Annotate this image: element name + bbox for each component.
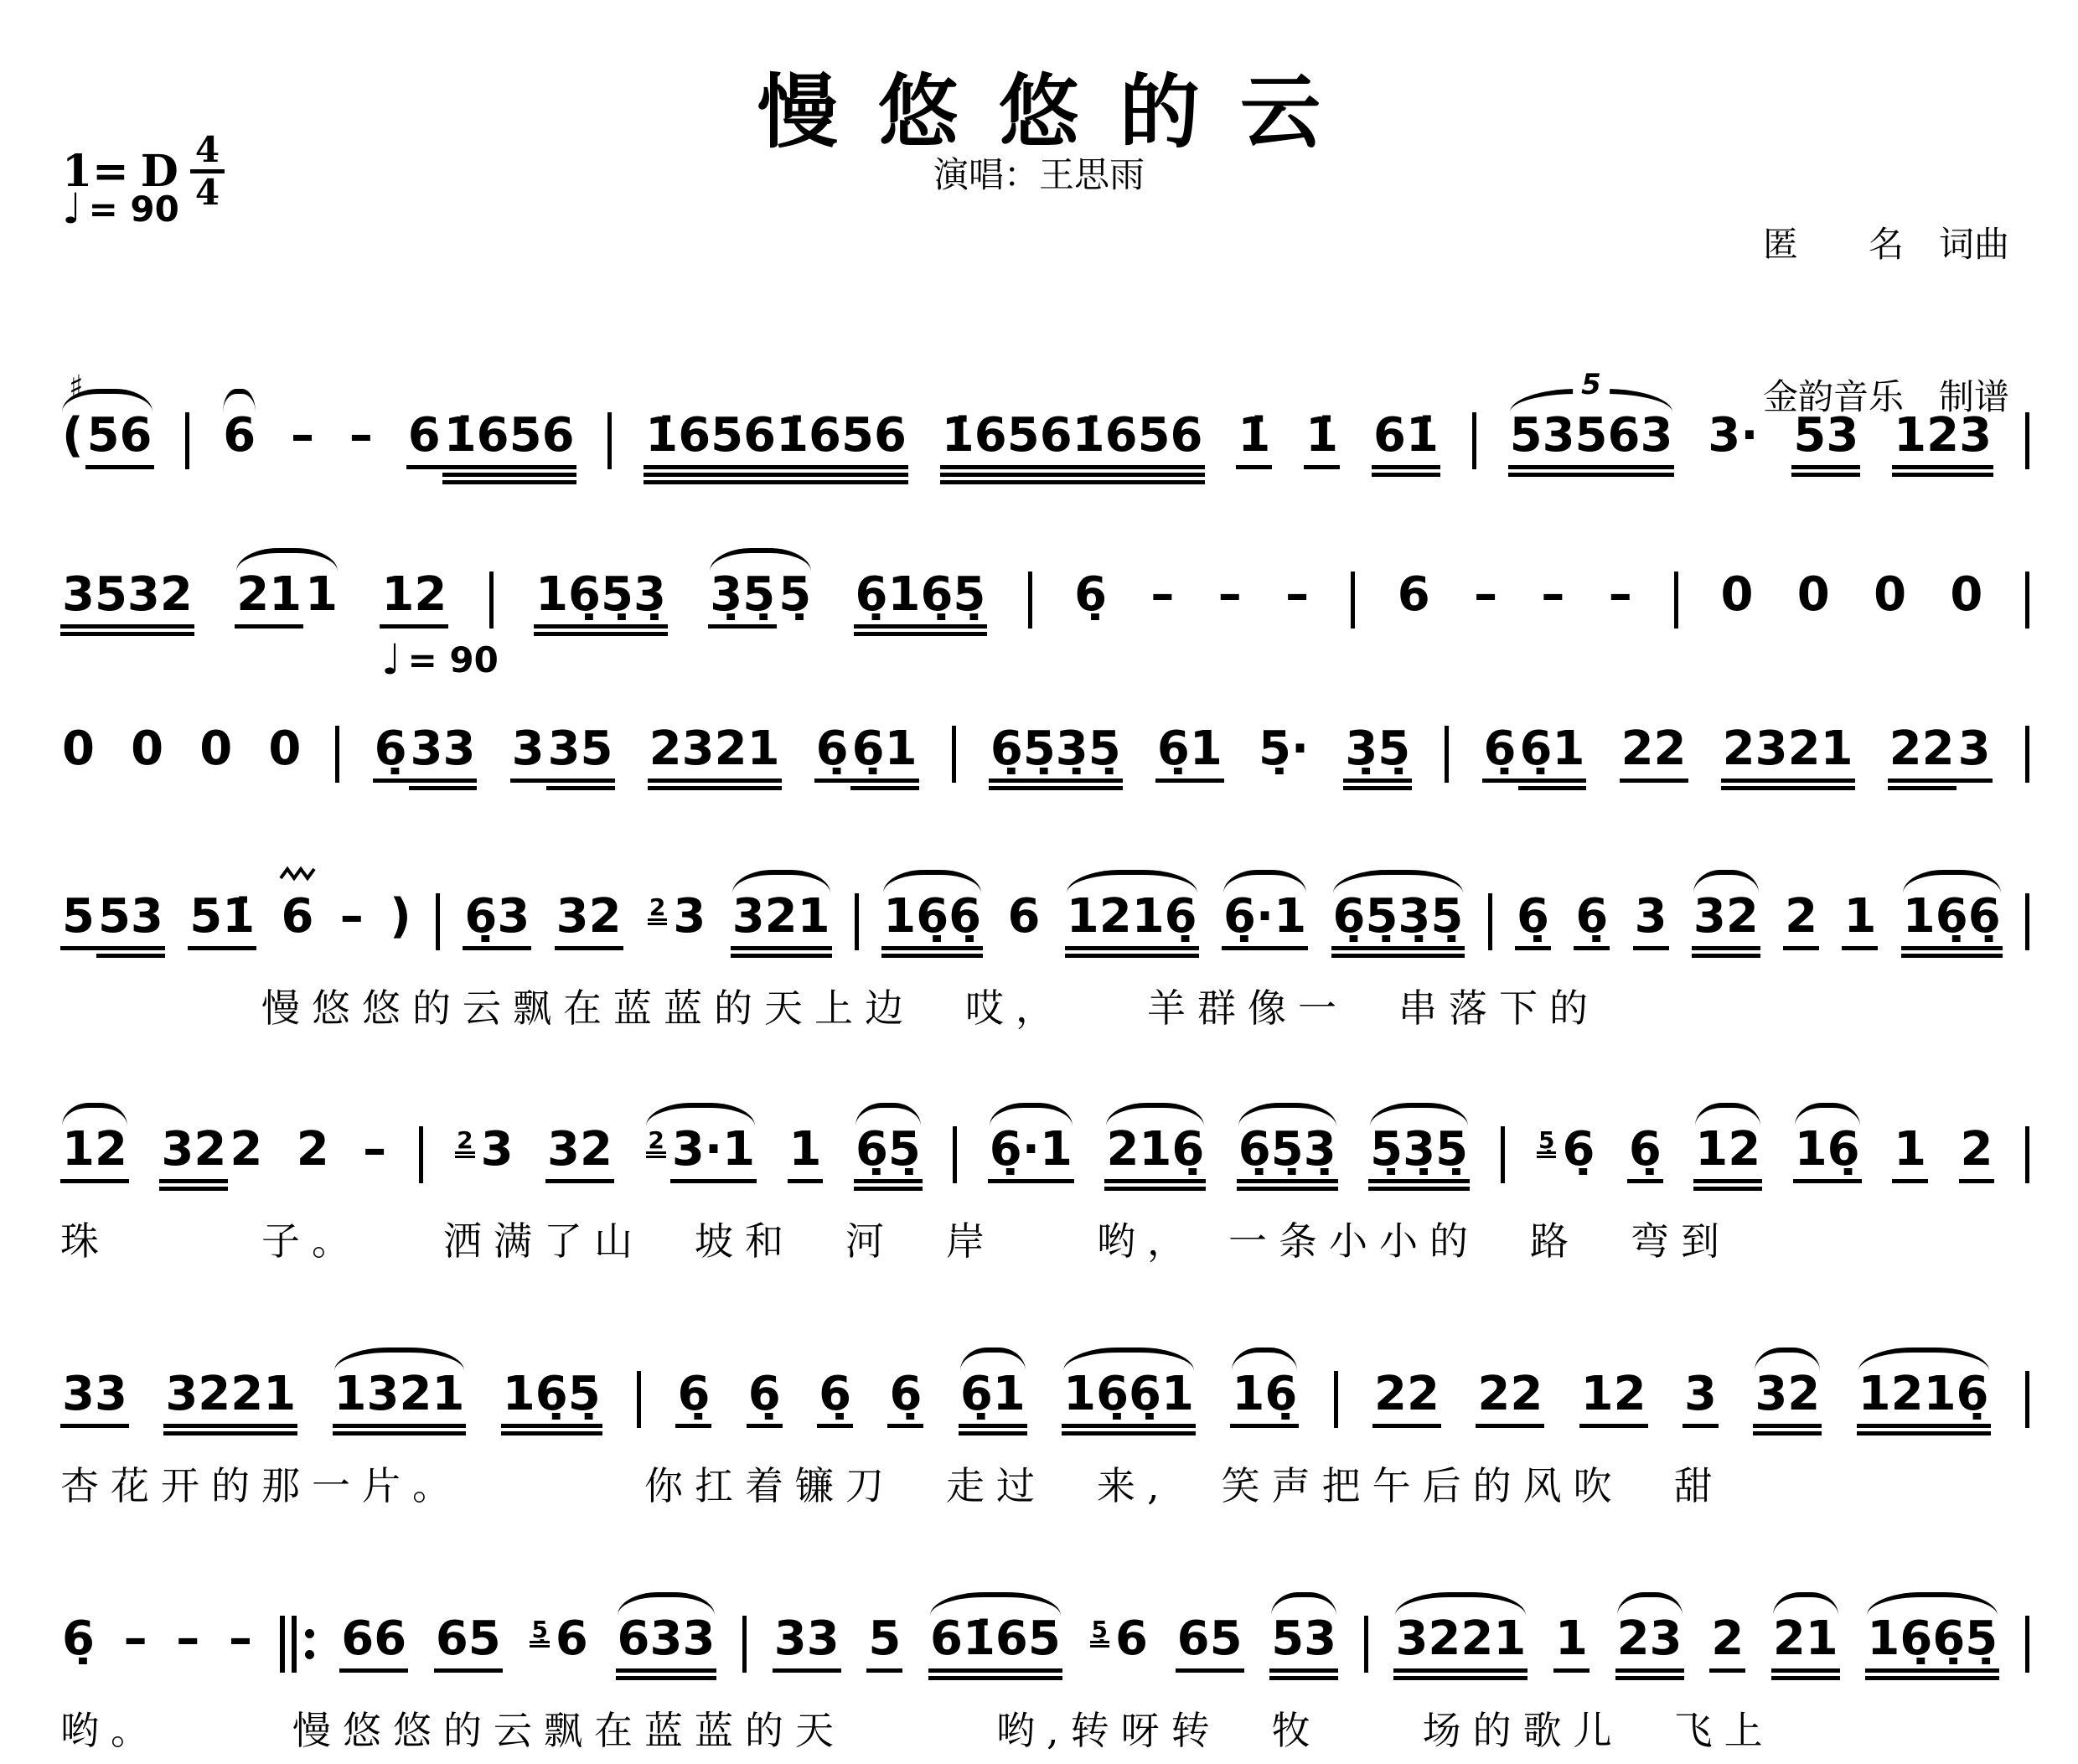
note-group: 16̣6̣1 <box>1062 1369 1196 1436</box>
meter-denominator: 4 <box>195 173 220 210</box>
note-token: 2321 <box>648 724 782 790</box>
note-token: ♯(56 <box>60 411 154 469</box>
note-group: 0 <box>266 724 302 779</box>
note-group: 3·1 <box>670 1125 757 1183</box>
note-group: 32 <box>545 1125 614 1183</box>
note-token: 6̣ <box>1515 892 1551 950</box>
note-group: 633 <box>616 1614 717 1680</box>
note-token: – <box>1149 570 1176 625</box>
note-group: ( <box>60 411 85 466</box>
barline <box>280 1616 285 1673</box>
barline <box>855 893 859 950</box>
note-token: – <box>122 1614 149 1669</box>
note-group: 2 <box>453 1125 478 1182</box>
note-token: 6̣6̣1 <box>814 724 919 790</box>
note-token: 3221 <box>1393 1614 1527 1680</box>
barline <box>1028 572 1032 629</box>
note-group: 0 <box>198 724 234 779</box>
note-group: 1̇ <box>1236 411 1272 469</box>
note-token: 321 <box>731 892 832 958</box>
note-token: 5̣6 <box>1088 1614 1150 1671</box>
note-group: 6̣ <box>1574 892 1610 950</box>
note-token: 16̣5̣ <box>501 1369 602 1436</box>
note-token: 61̇656 <box>406 411 576 484</box>
note-group: 32 <box>1692 892 1760 958</box>
note-group: – <box>122 1614 149 1669</box>
note-token: 6̣·1 <box>1222 892 1308 950</box>
note-token: 6̣33 <box>373 724 478 790</box>
note-token: 6̣6̣1 <box>1482 724 1587 790</box>
note-token: 1321 <box>333 1369 467 1436</box>
note-token: 0 <box>266 724 302 779</box>
note-group: 65 <box>434 1614 503 1673</box>
note-token: 223 <box>1888 724 1993 790</box>
note-group: 3̣5̣ <box>708 570 777 629</box>
note-group: 3221 <box>163 1369 297 1436</box>
note-token: 5 <box>866 1614 902 1673</box>
note-group: 5̣ <box>1535 1125 1560 1182</box>
note-group: 6̣ <box>747 1369 783 1428</box>
note-group: 22 <box>1888 724 1957 790</box>
note-token: 553 <box>60 892 165 958</box>
note-token: 216̣ <box>1104 1125 1206 1191</box>
note-token: 12 <box>1579 1369 1648 1428</box>
sharp-icon: ♯ <box>69 372 83 402</box>
note-token: 6̣3 <box>463 892 531 950</box>
note-group: 6̣·1 <box>1222 892 1308 950</box>
note-group: 23 <box>1615 1614 1684 1680</box>
barline <box>953 1126 957 1183</box>
note-group: 0 <box>1796 570 1832 625</box>
note-token: – <box>174 1614 201 1669</box>
note-token: 2 <box>1783 892 1819 950</box>
note-group: 6̣5̣3̣5̣ <box>1331 892 1465 958</box>
note-token: 553563 <box>1508 411 1675 477</box>
note-group: 53563 <box>1508 411 1675 477</box>
barline <box>1445 726 1449 783</box>
note-group: 16̣6̣5̣ <box>1865 1614 1999 1680</box>
note-group: 61̇65 <box>928 1614 1062 1680</box>
barline <box>2025 1616 2029 1673</box>
note-group: 6̣1 <box>1518 724 1587 790</box>
notation-system: 333221132116̣5̣6̣6̣6̣6̣6̣116̣6̣116̣22221… <box>60 1334 2029 1511</box>
note-token: 22 <box>1372 1369 1441 1428</box>
tempo-marking: ♩ = 90 <box>62 188 179 230</box>
note-token: 61̇65 <box>928 1614 1062 1680</box>
grace-note: 2 <box>648 896 667 925</box>
note-group: 1̇656 <box>442 411 576 484</box>
barline <box>2025 1126 2029 1183</box>
note-group: 3 <box>1957 724 1993 783</box>
notation-line: ♯(566––61̇6561̇6561̇6561̇6561̇6561̇1̇61̇… <box>60 375 2029 484</box>
note-token: 2 <box>295 1125 331 1180</box>
note-group: 53 <box>1269 1614 1338 1680</box>
meter-numerator: 4 <box>190 132 225 173</box>
note-group: 1 <box>1892 1125 1928 1183</box>
note-token: 0 <box>198 724 234 779</box>
note-group: – <box>289 411 316 466</box>
note-group: 56 <box>85 411 154 469</box>
note-group: 12 <box>1579 1369 1648 1428</box>
note-group: 2 <box>644 1125 669 1182</box>
note-group: 6̣ <box>887 1369 923 1428</box>
barline <box>607 412 612 469</box>
note-token: 6̣5̣3̣5̣ <box>1331 892 1465 958</box>
note-group: 2 <box>228 1125 264 1180</box>
notation-line: 55351̇6–)6̣3322332116̣6̣61216̣6̣·16̣5̣3̣… <box>60 856 2029 958</box>
note-token: 1 <box>1842 892 1878 950</box>
note-group: 32 <box>1753 1369 1822 1436</box>
note-token: 16̣6̣ <box>1901 892 2003 958</box>
note-group: 1 <box>788 1125 824 1183</box>
barline <box>2025 893 2029 950</box>
note-token: 633 <box>616 1614 717 1680</box>
barline <box>952 726 956 783</box>
note-group: 3̣5̣ <box>1343 724 1412 790</box>
tempo-value: = 90 <box>408 639 499 680</box>
notation-system: 6̣–––66655̣663333561̇655̣665533221123221… <box>60 1579 2029 1756</box>
note-group: 6̣5̣3̣5̣ <box>989 724 1123 790</box>
note-token: 1̇6561̇656 <box>940 411 1205 484</box>
note-group: – <box>1607 570 1634 625</box>
note-group: 2321 <box>648 724 782 790</box>
note-token: 16̣ <box>1793 1125 1862 1183</box>
note-token: – <box>1284 570 1310 625</box>
note-token: 32 <box>555 892 623 950</box>
note-token: 33 <box>773 1614 841 1673</box>
note-group: 33 <box>60 1369 129 1428</box>
notation-system: ♯(566––61̇6561̇6561̇6561̇6561̇6561̇1̇61̇… <box>60 375 2029 484</box>
barline <box>1501 1126 1505 1183</box>
notation-line: 00006̣3333523216̣6̣16̣5̣3̣5̣6̣15̣·3̣5̣6̣… <box>60 689 2029 790</box>
note-group: 22 <box>1476 1369 1544 1428</box>
note-group: 0 <box>60 724 96 779</box>
note-token: 5̣6 <box>528 1614 589 1671</box>
barline <box>185 412 189 469</box>
note-token: 3 <box>1683 1369 1719 1428</box>
note-group: 1 <box>1553 1614 1590 1673</box>
note-group: – <box>1149 570 1176 625</box>
note-group: 3532 <box>60 570 194 636</box>
barline <box>292 1616 297 1673</box>
note-group: 16̣ <box>1230 1369 1299 1428</box>
lyrics-line: 杏花开的那一片。 你扛着镰刀 走过 来, 笑声把午后的风吹 甜 <box>60 1456 2029 1511</box>
note-group: 16̣5̣3̣ <box>534 570 668 636</box>
note-group: 3 <box>510 724 546 783</box>
note-group: 6̣ <box>60 1614 96 1669</box>
notation-system: 00006̣3333523216̣6̣16̣5̣3̣5̣6̣15̣·3̣5̣6̣… <box>60 689 2029 790</box>
note-token: – <box>1217 570 1243 625</box>
note-token: 32 <box>1753 1369 1822 1436</box>
lyricist-credit: 匿 名 词曲 <box>1763 220 2009 271</box>
note-group: – <box>1539 570 1566 625</box>
note-group: 2 <box>295 1125 331 1180</box>
note-token: 6̣5̣ <box>854 1125 923 1191</box>
note-token: 6̣·1 <box>988 1125 1074 1183</box>
note-token: 6̣ <box>1574 892 1610 950</box>
grace-note: 2 <box>455 1129 474 1158</box>
note-group: 6̣5̣ <box>854 1125 923 1191</box>
note-group: ) <box>388 892 413 947</box>
barline <box>436 893 440 950</box>
note-token: 5̣· <box>1257 724 1310 779</box>
note-token: 1 <box>1553 1614 1590 1673</box>
note-group: 21 <box>1771 1614 1840 1680</box>
note-group: 33 <box>409 724 478 790</box>
note-token: 12 <box>380 570 448 629</box>
note-group: – <box>1217 570 1243 625</box>
note-group: 321 <box>731 892 832 958</box>
note-group: 6̣3 <box>463 892 531 950</box>
grace-note: 5̣ <box>1090 1618 1109 1648</box>
note-group: 2321 <box>1721 724 1855 790</box>
note-token: 16̣6̣ <box>881 892 983 958</box>
barline <box>742 1616 747 1673</box>
note-token: 12 <box>60 1125 129 1183</box>
note-group: 216̣ <box>1104 1125 1206 1191</box>
barline <box>1334 1371 1338 1428</box>
note-group: 22 <box>1620 724 1688 783</box>
note-group: 0 <box>1872 570 1908 625</box>
lyrics-line: 慢悠悠的云飘在蓝蓝的天上边 哎， 羊群像一 串落下的 <box>60 978 2029 1033</box>
note-token: – <box>339 892 365 947</box>
note-group: 6̣1 <box>850 724 919 790</box>
mordent-icon <box>279 865 316 882</box>
note-group: 6̣ <box>1627 1125 1663 1183</box>
note-token: 0 <box>1719 570 1755 625</box>
note-group: 3 <box>479 1125 515 1180</box>
notation-line: 123222–233223·116̣5̣6̣·1216̣6̣5̣3̣5̣3̣5̣… <box>60 1089 2029 1191</box>
note-token: ) <box>388 892 413 947</box>
note-group: 1̇6561̇656 <box>940 411 1205 484</box>
lyrics-line: 哟。 慢悠悠的云飘在蓝蓝的天 哟,转呀转 牧 场的歌儿 飞上 <box>60 1700 2029 1756</box>
note-group: 6 <box>554 1614 590 1669</box>
note-token: 53 <box>1791 411 1860 477</box>
note-token: – <box>1472 570 1499 625</box>
note-token: 6̣ <box>1073 570 1109 625</box>
note-token: 0 <box>129 724 165 779</box>
note-group: 6̣16̣5̣ <box>854 570 988 636</box>
notation-line: 35322111216̣5̣3̣3̣5̣5̣6̣16̣5̣6̣–––6–––00… <box>60 535 2029 636</box>
barline <box>1351 572 1355 629</box>
note-group: 5 <box>866 1614 902 1673</box>
note-token: 33 <box>60 1369 129 1428</box>
note-token: 53 <box>1269 1614 1338 1680</box>
note-token: – <box>1539 570 1566 625</box>
note-token: 6̣ <box>747 1369 783 1428</box>
note-token: 123 <box>1892 411 1993 477</box>
note-group: 6̣5̣3̣ <box>1237 1125 1338 1191</box>
note-group: 2 <box>1783 892 1819 950</box>
note-group: 12 <box>1693 1125 1762 1191</box>
quarter-note-icon: ♩ <box>62 188 82 230</box>
repeat-dots-icon <box>303 1616 314 1673</box>
note-token: 1̇ <box>1304 411 1340 469</box>
notation-line: 6̣–––66655̣663333561̇655̣665533221123221… <box>60 1579 2029 1680</box>
note-token: 3̣5̣ <box>1343 724 1412 790</box>
note-group: 53 <box>1791 411 1860 477</box>
barline <box>2025 726 2029 783</box>
barline <box>637 1371 641 1428</box>
note-token: 6̣ <box>675 1369 711 1428</box>
note-token: 16̣ <box>1230 1369 1299 1428</box>
notation-system: 35322111216̣5̣3̣3̣5̣5̣6̣16̣5̣6̣–––6–––00… <box>60 535 2029 636</box>
barline <box>1674 572 1678 629</box>
note-group: 6̣1 <box>959 1369 1027 1436</box>
note-token: 0 <box>1796 570 1832 625</box>
note-token: – <box>289 411 316 466</box>
note-group: 6̣ <box>814 724 850 783</box>
note-group: 6̣ <box>817 1369 853 1428</box>
sheet-page: 慢悠悠的云 演唱：王思雨 匿 名 词曲 金韵音乐 制谱 1= D 4 4 ♩ =… <box>0 0 2078 1764</box>
note-token: 1 <box>788 1125 824 1183</box>
note-group: 6̣ <box>1560 1125 1596 1180</box>
note-token: 65 <box>1176 1614 1244 1673</box>
note-group: 16̣ <box>1793 1125 1862 1183</box>
barline <box>1472 412 1476 469</box>
note-token: 2 <box>1709 1614 1745 1673</box>
note-group: 16̣5̣ <box>501 1369 602 1436</box>
note-group: – <box>174 1614 201 1669</box>
note-group: 3221 <box>1393 1614 1527 1680</box>
barline <box>2025 1371 2029 1428</box>
note-group: 66 <box>339 1614 408 1673</box>
note-group: 21 <box>235 570 303 629</box>
note-group: 51̇ <box>188 892 256 950</box>
note-token: – <box>348 411 375 466</box>
note-token: 2 <box>1959 1125 1995 1183</box>
notation-system: 123222–233223·116̣5̣6̣·1216̣6̣5̣3̣5̣3̣5̣… <box>60 1089 2029 1266</box>
note-group: 6 <box>1005 892 1042 947</box>
barline <box>2025 412 2029 469</box>
note-group: 35 <box>546 724 615 790</box>
note-group: 5̣· <box>1257 724 1310 779</box>
note-group: 32 <box>159 1125 228 1191</box>
note-token: 6̣5̣3̣ <box>1237 1125 1338 1191</box>
note-group: 22 <box>1372 1369 1441 1428</box>
note-token: 16̣6̣1 <box>1062 1369 1196 1436</box>
note-group: 6̣ <box>1482 724 1518 783</box>
note-token: 6 <box>1396 570 1432 625</box>
note-group: 3 <box>1633 892 1669 950</box>
barline <box>1488 893 1492 950</box>
grace-note: 2 <box>646 1129 665 1158</box>
note-token: 22 <box>1620 724 1688 783</box>
note-group: 2 <box>1959 1125 1995 1183</box>
note-group: 6 <box>1396 570 1432 625</box>
note-group: 5̣3̣5̣ <box>1368 1125 1470 1191</box>
note-token: 6̣5̣3̣5̣ <box>989 724 1123 790</box>
note-token: – <box>227 1614 254 1669</box>
tempo-value: = 90 <box>89 189 179 230</box>
note-group: – <box>1284 570 1310 625</box>
note-group: 1 <box>1842 892 1878 950</box>
barline <box>1364 1616 1368 1673</box>
grace-note: 5̣ <box>1537 1129 1556 1158</box>
note-token: 6̣ <box>60 1614 96 1669</box>
note-token: 6̣16̣5̣ <box>854 570 988 636</box>
note-group: 1321 <box>333 1369 467 1436</box>
note-token: 6̣ <box>1627 1125 1663 1183</box>
note-token: 23 <box>646 892 707 949</box>
grace-note: 5̣ <box>530 1618 549 1648</box>
note-group: 5̣ <box>1088 1614 1114 1671</box>
note-group: 6̣ <box>1515 892 1551 950</box>
note-group: 0 <box>1719 570 1755 625</box>
note-group: 53 <box>96 892 165 958</box>
note-group: 3 <box>671 892 707 947</box>
note-token: 16̣5̣3̣ <box>534 570 668 636</box>
note-group: 1216̣ <box>1857 1369 1991 1436</box>
note-group: – <box>361 1125 388 1180</box>
note-group: 0 <box>129 724 165 779</box>
note-token: 51̇ <box>188 892 256 950</box>
note-group: 123 <box>1892 411 1993 477</box>
note-token: 3 <box>1633 892 1669 950</box>
note-token: 6 <box>280 892 316 947</box>
note-token: 1̇6561̇656 <box>644 411 908 484</box>
note-token: – <box>361 1125 388 1180</box>
note-token: 23 <box>453 1125 514 1182</box>
barline <box>419 1126 423 1183</box>
note-token: 6 <box>1005 892 1042 947</box>
note-token: 32 <box>545 1125 614 1183</box>
note-token: 1 <box>1892 1125 1928 1183</box>
note-token: 23 <box>1615 1614 1684 1680</box>
note-group: 1̇ <box>1304 411 1340 469</box>
note-group: 12 <box>60 1125 129 1183</box>
note-token: 6̣ <box>817 1369 853 1428</box>
note-group: 3· <box>1706 411 1760 466</box>
note-token: 12 <box>1693 1125 1762 1191</box>
note-token: 6̣1 <box>959 1369 1027 1436</box>
note-group: – <box>1472 570 1499 625</box>
note-token: 65 <box>434 1614 503 1673</box>
note-group: 6 <box>221 411 257 466</box>
note-token: 6̣1 <box>1155 724 1224 783</box>
note-group: – <box>348 411 375 466</box>
note-token: 3532 <box>60 570 194 636</box>
note-group: 5̣ <box>528 1614 553 1671</box>
notation-system: 55351̇6–)6̣3322332116̣6̣61216̣6̣·16̣5̣3̣… <box>60 856 2029 1033</box>
note-token: 22 <box>1476 1369 1544 1428</box>
note-group: 33 <box>773 1614 841 1673</box>
note-token: 66 <box>339 1614 408 1673</box>
barline <box>335 726 339 783</box>
note-group: 65 <box>1176 1614 1244 1673</box>
tempo-marking-2: ♩ = 90 <box>381 639 499 680</box>
note-group: – <box>227 1614 254 1669</box>
note-group: 6̣·1 <box>988 1125 1074 1183</box>
lyrics-line: 珠 子。 洒满了山 坡和 河 岸 哟， 一条小小的 路 弯到 <box>60 1211 2029 1266</box>
tuplet-number: 5 <box>1573 370 1610 399</box>
note-token: 6̣ <box>887 1369 923 1428</box>
barline <box>2025 572 2029 629</box>
note-token: 32 <box>1692 892 1760 958</box>
note-token: 0 <box>1872 570 1908 625</box>
note-group: 61̇ <box>1372 411 1440 477</box>
note-token: 6 <box>221 411 257 466</box>
note-group: 6̣ <box>1073 570 1109 625</box>
note-token: 21 <box>1771 1614 1840 1680</box>
note-token: 5̣6̣ <box>1535 1125 1596 1182</box>
note-token: 23·1 <box>644 1125 757 1183</box>
note-token: 3· <box>1706 411 1760 466</box>
time-signature: 4 4 <box>190 132 225 210</box>
note-group: – <box>339 892 365 947</box>
note-group: 6̣ <box>373 724 409 783</box>
note-group: 6 <box>1114 1614 1150 1669</box>
